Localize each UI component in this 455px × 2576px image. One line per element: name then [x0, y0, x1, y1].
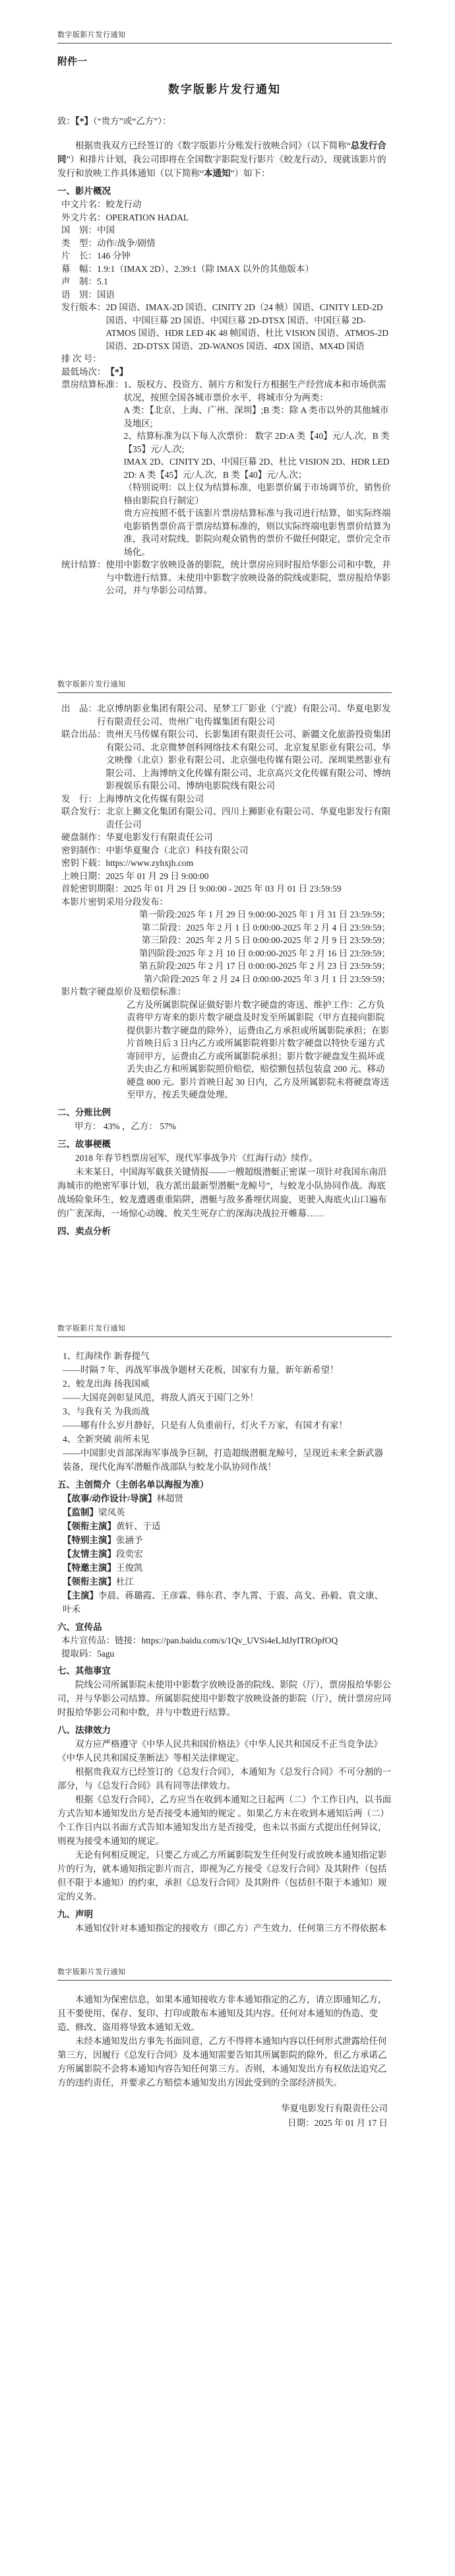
salutation-prefix: 致： — [57, 116, 75, 126]
credit-names: 李晨、蒋璐霞、王彦霖、韩东君、李九霄、于震、高戈、孙毅、袁文康、叶禾 — [63, 1591, 383, 1614]
field-value: 5.1 — [97, 275, 392, 288]
credit-names: 梁凤英 — [98, 1507, 125, 1517]
selling-point: ——哪有什么岁月静好，只是有人负重前行，灯火千万家，有国才有家！ — [57, 1418, 392, 1432]
disk-compensation-label: 影片数字硬盘原价及赔偿标准： — [57, 985, 392, 999]
synopsis-paragraph: 未来某日，中国海军截获关键情报——一艘超级潜艇正密谋一项针对我国东南沿海城市的绝… — [57, 1165, 392, 1220]
field-label: 中文片名： — [61, 198, 106, 211]
section-heading-credits: 五、主创简介（主创名单以海报为准） — [57, 1478, 392, 1492]
page-4: 数字版影片发行通知 本通知为保密信息，如果本通知接收方非本通知指定的乙方，请立即… — [0, 1932, 455, 2576]
field-row-key-production: 密钥制作： 中影华夏聚合（北京）科技有限公司 — [57, 844, 392, 857]
selling-point: 3、与我有关 为我而战 — [57, 1404, 392, 1418]
credit-names: 黄轩、于适 — [116, 1521, 161, 1531]
intro-bold-term: 本通知 — [204, 168, 231, 178]
key-stage: 第六阶段:2025 年 2 月 24 日 0:00:00-2025 年 3 月 … — [57, 973, 390, 986]
salutation-suffix: （“贵方”或“乙方”）： — [93, 116, 171, 126]
signature-company: 华夏电影发行有限责任公司 — [57, 2101, 388, 2116]
field-value-block: 1、版权方、投资方、制片方和发行方根据生产经营成本和市场供需状况，按照全国各城市… — [124, 378, 392, 558]
field-value: 2D 国语、IMAX-2D 国语、CINITY 2D（24 帧）国语、CINIT… — [106, 301, 392, 352]
field-value — [102, 352, 392, 366]
section-heading-revenue-split: 二、分账比例 — [57, 1106, 392, 1119]
field-row-versions: 发行版本： 2D 国语、IMAX-2D 国语、CINITY 2D（24 帧）国语… — [57, 301, 392, 352]
revenue-split-ratio: 甲方： 43% ，乙方： 57% — [57, 1119, 392, 1133]
field-label: 外文片名： — [61, 211, 106, 224]
box-office-line: A 类：【北京、上海、广州、深圳】;B 类：除 A 类市以外的其他城市及地区; — [124, 404, 392, 430]
section-heading-synopsis: 三、故事梗概 — [57, 1137, 392, 1151]
field-label: 类 型： — [61, 237, 97, 250]
credit-role: 【领衔主演】 — [63, 1521, 116, 1531]
selling-point: 2、蛟龙出海 扬我国威 — [57, 1377, 392, 1391]
selling-point: ——大国亮剑彰显风范，将敌人消灭于国门之外！ — [57, 1391, 392, 1404]
legal-paragraph: 根据《总发行合同》，乙方应当在收到本通知之日起两（二）个工作日内，以书面方式告知… — [57, 1793, 392, 1848]
credit-names: 张涵予 — [116, 1535, 143, 1545]
intro-text: ”）如下： — [231, 168, 270, 178]
running-header: 数字版影片发行通知 — [57, 29, 392, 44]
credit-row: 【主演】李晨、蒋璐霞、王彦霖、韩东君、李九霄、于震、高戈、孙毅、袁文康、叶禾 — [57, 1589, 392, 1616]
field-label: 出 品： — [61, 702, 97, 728]
key-stage: 第四阶段:2025 年 2 月 10 日 0:00:00-2025 年 2 月 … — [57, 947, 390, 960]
page-2: 数字版影片发行通知 出 品： 北京博纳影业集团有限公司、星梦工厂影业（宁波）有限… — [0, 644, 455, 1288]
section-heading-statement: 九、声明 — [57, 1907, 392, 1921]
field-row-release-date: 上映日期： 2025 年 01 月 29 日 9:00:00 — [57, 870, 392, 883]
credit-role: 【特邀主演】 — [63, 1563, 116, 1573]
credit-names: 林超贤 — [157, 1494, 184, 1503]
box-office-line: IMAX 2D、CINITY 2D、中国巨幕 2D、杜比 VISION 2D、H… — [124, 455, 392, 481]
field-row-country: 国 别： 中国 — [57, 224, 392, 237]
legal-paragraph: 根据贵我双方已经签订的《总发行合同》，本通知为《总发行合同》不可分割的一部分，与… — [57, 1765, 392, 1793]
section-heading-other: 七、其他事宜 — [57, 1664, 392, 1678]
selling-point: 4、全新突破 前所未见 — [57, 1432, 392, 1446]
field-value: OPERATION HADAL — [106, 211, 392, 224]
field-label: 首轮密钥期限： — [61, 882, 124, 896]
intro-paragraph: 根据贵我双方已经签订的《数字版影片分账发行放映合同》（以下简称“总发行合同”）和… — [57, 139, 392, 180]
field-label: 排 次 号： — [61, 352, 102, 366]
field-label: 发行版本： — [61, 301, 106, 352]
field-label: 票房结算标准： — [61, 378, 124, 558]
key-stage: 第五阶段:2025 年 2 月 17 日 0:00:00-2025 年 2 月 … — [57, 960, 390, 973]
running-header: 数字版影片发行通知 — [57, 1323, 392, 1337]
field-value: 2025 年 01 月 29 日 9:00:00 - 2025 年 03 月 0… — [124, 882, 392, 896]
field-label: 最低场次： — [61, 366, 106, 379]
field-row-sound: 声 制： 5.1 — [57, 275, 392, 288]
document: { "page_header": "数字版影片发行通知", "page1": {… — [0, 0, 455, 2576]
field-value: 蛟龙行动 — [106, 198, 392, 211]
field-row-settlement-stats: 统计结算： 使用中影数字放映设备的影院，统计票房应同时报给华影公司和中数，并与中… — [57, 558, 392, 597]
field-value: 北京上狮文化集团有限公司、四川上狮影业有限公司、华夏电影发行有限责任公司 — [106, 805, 392, 831]
running-header: 数字版影片发行通知 — [57, 1966, 392, 1981]
field-label: 语 别： — [61, 288, 97, 302]
field-row-key-period: 首轮密钥期限： 2025 年 01 月 29 日 9:00:00 - 2025 … — [57, 882, 392, 896]
box-office-line: 贵方应按照不低于该影片票房结算标准与我司进行结算，如实际终端电影销售票价高于票房… — [124, 507, 392, 558]
field-row-min-shows: 最低场次： 【*】 — [57, 366, 392, 379]
confidentiality-paragraph: 本通知为保密信息，如果本通知接收方非本通知指定的乙方，请立即通知乙方，且不要使用… — [57, 1993, 392, 2034]
field-label: 联合发行： — [61, 805, 106, 831]
intro-text: 根据贵我双方已经签订的《数字版影片分账发行放映合同》（以下简称“ — [75, 141, 351, 150]
field-value: 146 分钟 — [97, 249, 392, 263]
key-stage: 第一阶段:2025 年 1 月 29 日 9:00:00-2025 年 1 月 … — [57, 908, 390, 921]
field-row-en-title: 外文片名： OPERATION HADAL — [57, 211, 392, 224]
field-row-key-download: 密钥下载： https://www.zyhxjh.com — [57, 857, 392, 870]
legal-paragraph: 无论有何相反规定，只要乙方或乙方所属影院发生任何发行或放映本通知指定影片的行为，… — [57, 1848, 392, 1903]
credit-names: 段奕宏 — [116, 1549, 143, 1559]
field-row-box-office-standard: 票房结算标准： 1、版权方、投资方、制片方和发行方根据生产经营成本和市场供需状况… — [57, 378, 392, 558]
credit-row: 【监制】梁凤英 — [57, 1505, 392, 1519]
selling-point-list: 1、红海续作 新春提气 ——时隔 7 年，再战军事战争题材天花板，国家有力量，新… — [57, 1349, 392, 1474]
field-row-sequence-no: 排 次 号： — [57, 352, 392, 366]
field-row-co-distribution: 联合发行： 北京上狮文化集团有限公司、四川上狮影业有限公司、华夏电影发行有限责任… — [57, 805, 392, 831]
credit-role: 【领衔主演】 — [63, 1577, 116, 1587]
page-3: 数字版影片发行通知 1、红海续作 新春提气 ——时隔 7 年，再战军事战争题材天… — [0, 1288, 455, 1932]
field-row-cn-title: 中文片名： 蛟龙行动 — [57, 198, 392, 211]
field-value: 【*】 — [106, 366, 392, 379]
field-value: 1.9:1（IMAX 2D）、2.39:1（除 IMAX 以外的其他版本） — [97, 263, 392, 276]
credit-row: 【特邀主演】王俊凯 — [57, 1561, 392, 1575]
signature-block: 华夏电影发行有限责任公司 日期：2025 年 01 月 17 日 — [57, 2101, 392, 2130]
selling-point: ——中国影史首部深海军事战争巨制，打造超级潜艇龙鲸号，呈现近未来全新武器装备，现… — [57, 1446, 392, 1474]
field-row-genre: 类 型： 动作/战争/剧情 — [57, 237, 392, 250]
field-label: 幕 幅： — [61, 263, 97, 276]
page-title: 数字版影片发行通知 — [57, 80, 392, 96]
key-release-intro: 本影片密钥采用分段发布： — [57, 896, 392, 909]
attachment-label: 附件一 — [57, 54, 392, 68]
key-stage: 第三阶段：2025 年 2 月 5 日 0:00:00-2025 年 2 月 9… — [57, 934, 390, 947]
credit-role: 【特别主演】 — [63, 1535, 116, 1545]
field-value: 贵州天马传媒有限公司、长影集团有限责任公司、新疆文化旅游投资集团有限公司、北京微… — [106, 728, 392, 793]
field-value: 华夏电影发行有限责任公司 — [106, 831, 392, 844]
other-paragraph: 院线公司所属影院未使用中影数字放映设备的院线、影院（厅），票房报给华影公司，并与… — [57, 1678, 392, 1719]
field-row-distribution: 发 行： 上海博纳文化传媒有限公司 — [57, 793, 392, 806]
field-label: 片 长： — [61, 249, 97, 263]
selling-point: 1、红海续作 新春提气 — [57, 1349, 392, 1363]
box-office-line: 1、版权方、投资方、制片方和发行方根据生产经营成本和市场供需状况，按照全国各城市… — [124, 378, 392, 404]
box-office-line: 2、结算标准为以下每人次票价： 数字 2D:A 类【40】元/人.次，B 类【3… — [124, 430, 392, 455]
field-label: 密钥下载： — [61, 857, 106, 870]
promo-link: 本片宣传品：链接：https://pan.baidu.com/s/1Qv_UVS… — [57, 1634, 392, 1647]
field-value: 北京博纳影业集团有限公司、星梦工厂影业（宁波）有限公司、华夏电影发行有限责任公司… — [97, 702, 392, 728]
credit-row: 【领衔主演】黄轩、于适 — [57, 1519, 392, 1533]
field-label: 上映日期： — [61, 870, 106, 883]
key-download-url: https://www.zyhxjh.com — [106, 857, 392, 870]
field-row-runtime: 片 长： 146 分钟 — [57, 249, 392, 263]
selling-point: ——时隔 7 年，再战军事战争题材天花板，国家有力量，新年新希望！ — [57, 1363, 392, 1377]
statement-paragraph: 本通知仅针对本通知指定的接收方（即乙方）产生效力，任何第三方不得依据本通知主张权… — [57, 1921, 392, 1932]
field-value: 使用中影数字放映设备的影院，统计票房应同时报给华影公司和中数，并与中数进行结算。… — [106, 558, 392, 597]
page-1: 数字版影片发行通知 附件一 数字版影片发行通知 致：【*】（“贵方”或“乙方”）… — [0, 0, 455, 644]
section-heading-selling-points: 四、卖点分析 — [57, 1224, 392, 1238]
field-row-production: 出 品： 北京博纳影业集团有限公司、星梦工厂影业（宁波）有限公司、华夏电影发行有… — [57, 702, 392, 728]
credit-role: 【主演】 — [63, 1591, 98, 1601]
key-stage-list: 第一阶段:2025 年 1 月 29 日 9:00:00-2025 年 1 月 … — [57, 908, 392, 985]
field-label: 统计结算： — [61, 558, 106, 597]
field-label: 密钥制作： — [61, 844, 106, 857]
running-header: 数字版影片发行通知 — [57, 678, 392, 693]
credit-list: 【故事/动作设计/导演】林超贤 【监制】梁凤英 【领衔主演】黄轩、于适 【特别主… — [57, 1492, 392, 1616]
confidentiality-paragraph: 未经本通知发出方事先书面同意，乙方不得将本通知内容以任何形式泄露给任何第三方，因… — [57, 2034, 392, 2090]
field-value: 上海博纳文化传媒有限公司 — [97, 793, 392, 806]
salutation: 致：【*】（“贵方”或“乙方”）： — [57, 114, 392, 127]
credit-names: 杜江 — [116, 1577, 134, 1587]
field-row-language: 语 别： 国语 — [57, 288, 392, 302]
field-value: 中影华夏聚合（北京）科技有限公司 — [106, 844, 392, 857]
field-label: 发 行： — [61, 793, 97, 806]
promo-code: 提取码：5agu — [57, 1647, 392, 1661]
field-row-co-production: 联合出品： 贵州天马传媒有限公司、长影集团有限责任公司、新疆文化旅游投资集团有限… — [57, 728, 392, 793]
disk-compensation-text: 乙方及所属影院保证做好影片数字硬盘的寄送、维护工作：乙方负责将甲方寄来的影片数字… — [127, 999, 392, 1102]
field-value: 动作/战争/剧情 — [97, 237, 392, 250]
field-label: 联合出品： — [61, 728, 106, 793]
credit-row: 【故事/动作设计/导演】林超贤 — [57, 1492, 392, 1505]
credit-names: 王俊凯 — [116, 1563, 143, 1573]
field-row-aspect: 幕 幅： 1.9:1（IMAX 2D）、2.39:1（除 IMAX 以外的其他版… — [57, 263, 392, 276]
salutation-star: 【*】 — [75, 116, 93, 126]
credit-row: 【特别主演】张涵予 — [57, 1533, 392, 1547]
box-office-line: （特别说明：以上仅为结算标准，电影票价属于市场调节价，销售价格由影院自行制定） — [124, 481, 392, 507]
synopsis-paragraph: 2018 年春节档票房冠军，现代军事战争片《红海行动》续作。 — [57, 1151, 392, 1165]
credit-row: 【友情主演】段奕宏 — [57, 1547, 392, 1561]
field-value: 中国 — [97, 224, 392, 237]
field-row-disk-production: 硬盘制作： 华夏电影发行有限责任公司 — [57, 831, 392, 844]
field-value: 2025 年 01 月 29 日 9:00:00 — [106, 870, 392, 883]
legal-paragraph: 双方应严格遵守《中华人民共和国价格法》《中华人民共和国反不正当竞争法》《中华人民… — [57, 1737, 392, 1765]
key-stage: 第二阶段：2025 年 2 月 1 日 0:00:00-2025 年 2 月 4… — [57, 921, 390, 935]
credit-role: 【监制】 — [63, 1507, 98, 1517]
field-label: 国 别： — [61, 224, 97, 237]
signature-date: 日期：2025 年 01 月 17 日 — [57, 2116, 388, 2130]
field-label: 声 制： — [61, 275, 97, 288]
field-label: 硬盘制作： — [61, 831, 106, 844]
credit-role: 【友情主演】 — [63, 1549, 116, 1559]
section-heading-promo: 六、宣传品 — [57, 1620, 392, 1634]
section-heading-film-overview: 一、影片概况 — [57, 184, 392, 198]
section-heading-legal: 八、法律效力 — [57, 1723, 392, 1737]
credit-row: 【领衔主演】杜江 — [57, 1575, 392, 1589]
credit-role: 【故事/动作设计/导演】 — [63, 1494, 157, 1503]
field-value: 国语 — [97, 288, 392, 302]
